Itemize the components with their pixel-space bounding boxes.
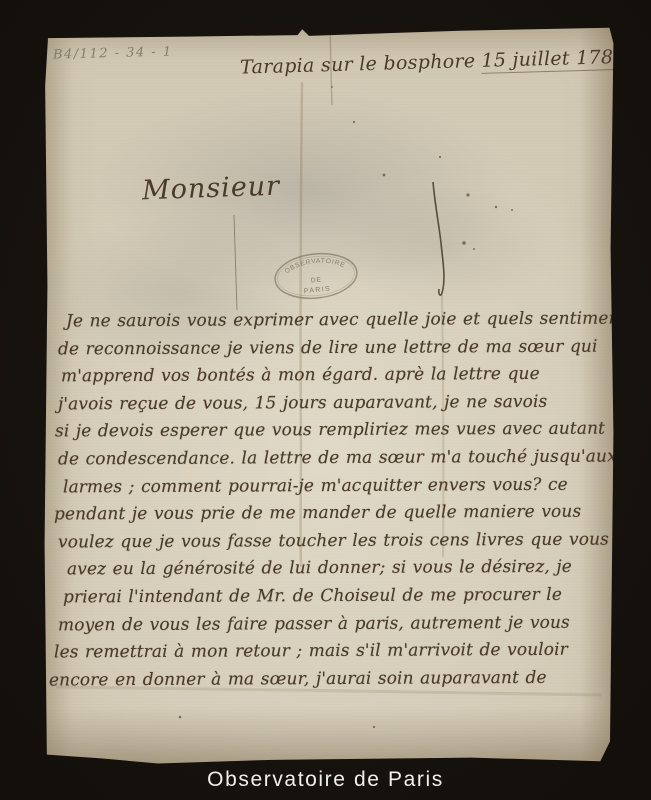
letter-line: larmes ; comment pourrai-je m'acquitter …	[63, 471, 603, 501]
letter-line: les remettrai à mon retour ; mais s'il m…	[54, 637, 603, 667]
letter-body: Je ne saurois vous exprimer avec quelle …	[58, 307, 603, 693]
salutation: Monsieur	[142, 171, 281, 207]
letter-line: prierai l'intendant de Mr. de Choiseul d…	[63, 582, 603, 612]
dateline-place: Tarapia sur le bosphore	[240, 50, 476, 79]
letter-line: j'avois reçue de vous, 15 jours auparava…	[58, 388, 603, 418]
letter-line: m'apprend vos bontés à mon égard. aprè l…	[61, 361, 603, 391]
letter-line: encore en donner à ma sœur, j'aurai soin…	[49, 664, 603, 694]
photo-frame: B4/112 - 34 - 1 Tarapia sur le bosphore1…	[0, 0, 651, 800]
dateline: Tarapia sur le bosphore15 juillet 1785.	[240, 47, 570, 78]
letter-line: voulez que je vous fasse toucher les tro…	[58, 526, 603, 556]
stamp-text-middle: DE	[311, 276, 323, 284]
photo-caption: Observatoire de Paris	[0, 768, 651, 792]
dateline-date: 15 juillet 1785.	[481, 46, 632, 74]
stamp-border	[273, 250, 359, 302]
letter-line: pendant je vous prie de me mander de que…	[54, 499, 603, 529]
letter-line: de reconnoissance je viens de lire une l…	[58, 333, 603, 363]
letter-line: moyen de vous les faire passer à paris, …	[58, 609, 603, 639]
letter-line: Je ne saurois vous exprimer avec quelle …	[66, 306, 603, 336]
letter-line: avez eu la générosité de lui donner; si …	[67, 554, 603, 584]
ink-downstroke	[234, 215, 237, 310]
archival-number: B4/112 - 34 - 1	[53, 44, 173, 62]
manuscript-page: B4/112 - 34 - 1 Tarapia sur le bosphore1…	[44, 27, 614, 765]
observatoire-stamp: OBSERVATOIRE DE PARIS	[269, 245, 362, 308]
tear-mark	[433, 182, 444, 295]
letter-line: de condescendance. la lettre de ma sœur …	[58, 444, 603, 474]
letter-line: si je devois esperer que vous rempliriez…	[55, 416, 603, 446]
